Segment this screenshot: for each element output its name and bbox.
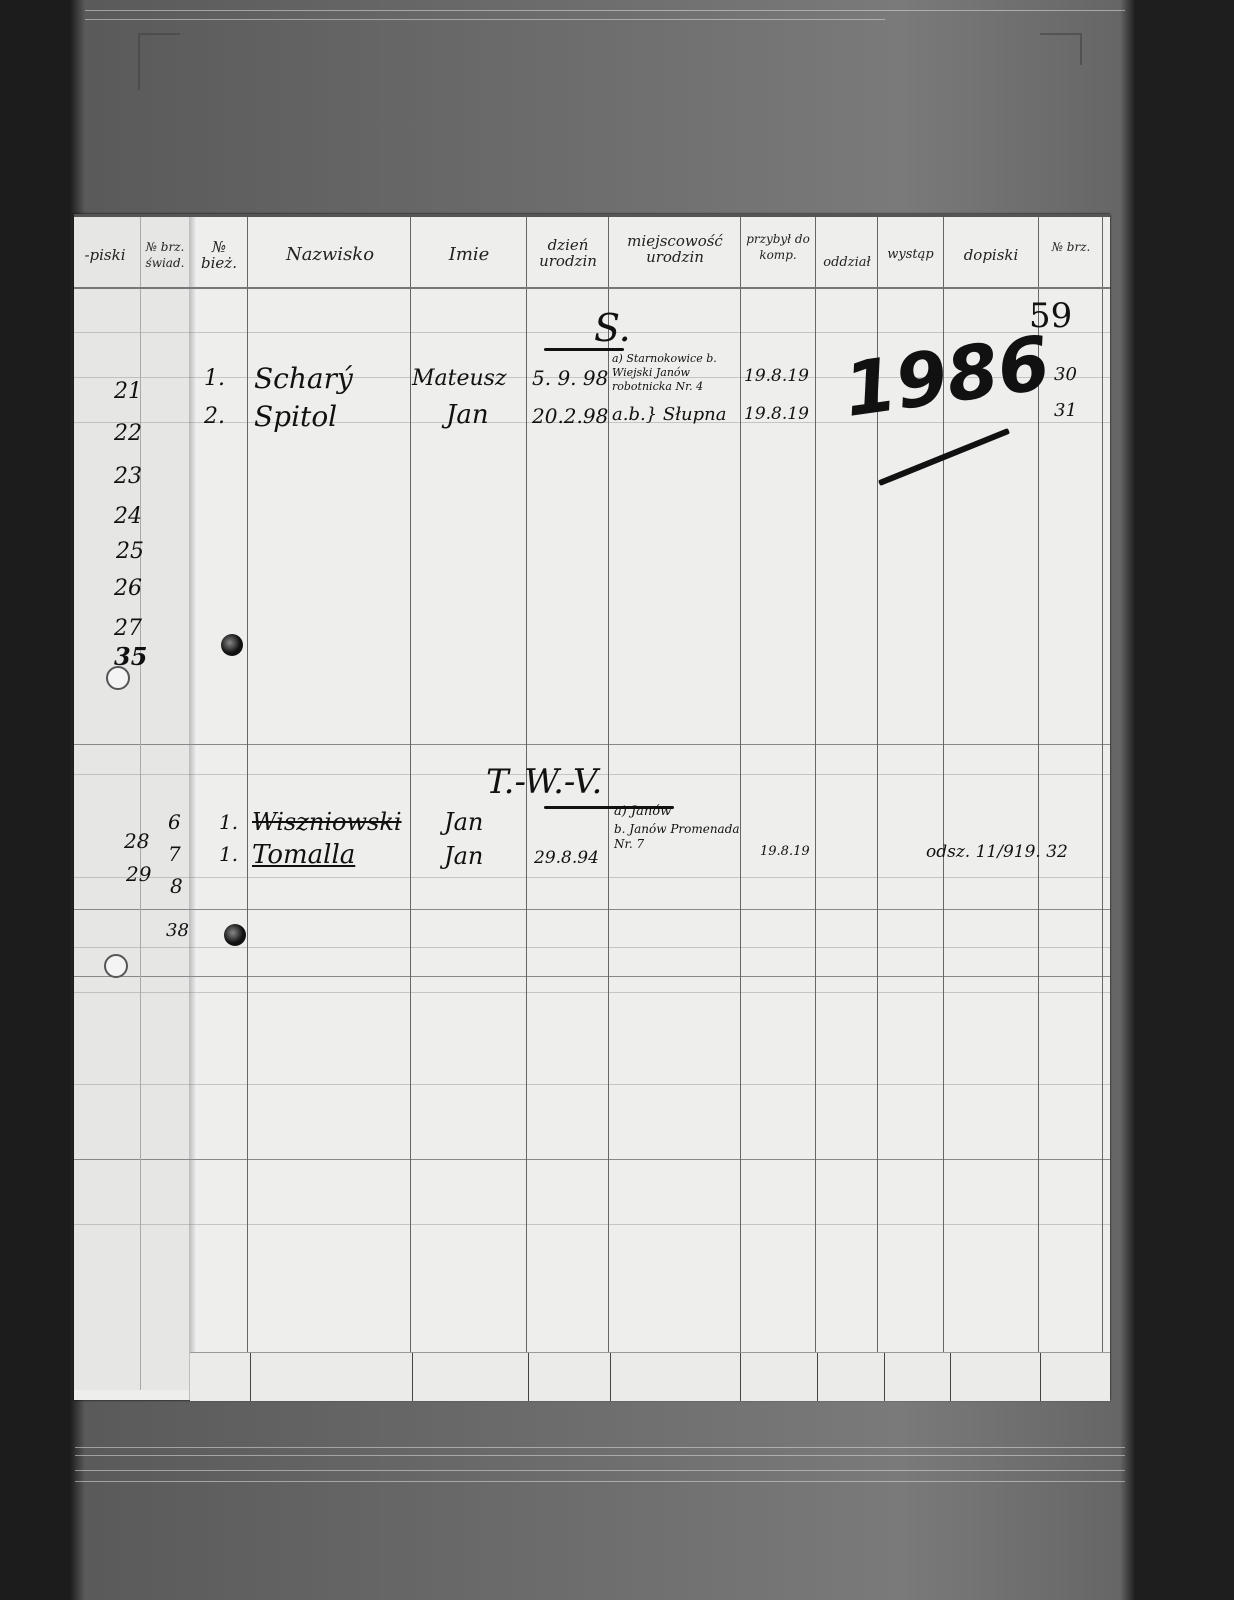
first-name: Jan [446,400,489,430]
mid-number: 38 [166,920,189,941]
birth-date: 20.2.98 [532,404,608,428]
arrival-date: 19.8.19 [744,366,809,386]
first-name: Jan [444,842,483,870]
surname: Scharý [254,362,353,395]
mid-number: 6 [168,810,181,834]
left-number: 26 [114,576,142,601]
left-number: 24 [114,504,142,529]
arrival-date: 19.8.19 [744,404,809,424]
scan-artifact-line [75,1481,1125,1482]
right-number: 30 [1054,364,1077,385]
section-letter-twv: T.-W.-V. [486,762,602,802]
binder-ring-icon [104,954,128,978]
archive-stamp-number: 1986 [839,320,1055,434]
corner-bracket [138,33,180,90]
first-name: Mateusz [412,366,507,391]
left-number: 28 [124,829,149,853]
note: odsz. 11/919. 32 [926,842,1068,862]
left-number: 21 [114,379,142,404]
header-wystep: wystąp [878,247,943,263]
scan-artifact-line [75,1470,1125,1471]
left-number: 22 [114,421,142,446]
surname: Spitol [254,400,337,433]
birthplace: b. Janów Promenada Nr. 7 [614,822,744,852]
surname: Tomalla [252,840,355,870]
birthplace: a.b.} Słupna [612,404,726,425]
book-binding [189,214,197,1400]
first-name: Jan [444,808,483,836]
left-number: 23 [114,464,142,489]
header-nazwisko: Nazwisko [250,247,410,263]
section-underline [544,348,624,351]
header-nr-biezacy: № bież. [194,239,244,271]
section-letter-s: S. [594,306,631,350]
header-oddzial: oddział [816,255,878,271]
birthplace: a) Janów [614,804,671,819]
arrival-date: 19.8.19 [760,844,810,859]
register-page: -piski № brz. świad. № bież. Nazwisko Im… [74,214,1110,1400]
corner-bracket [1040,33,1082,65]
mid-number: 7 [168,842,181,866]
binder-ring-icon [106,666,130,690]
header-dopiski-left: -piski [74,247,136,263]
birthplace: a) Starnokowice b. Wiejski Janów robotni… [612,352,740,394]
punch-hole-icon [224,924,246,946]
left-number: 29 [126,862,151,886]
scan-artifact-line [85,19,885,20]
header-dzien-urodzin: dzień urodzin [528,237,608,269]
header-przybyl-do-komp: przybył do komp. [742,231,814,263]
header-dopiski: dopiski [944,247,1038,263]
header-imie: Imie [412,247,526,263]
bottom-edge-strip [190,1352,1110,1401]
row-nr: 1. [219,810,238,834]
birth-date: 5. 9. 98 [532,366,608,390]
scan-artifact-line [75,1455,1125,1456]
row-nr: 1. [204,366,225,391]
left-number: 27 [114,616,142,641]
row-nr: 1. [219,842,238,866]
mid-number: 8 [170,874,183,898]
stamp-underline [878,428,1010,486]
scan-artifact-line [85,10,1125,11]
left-number: 25 [116,539,144,564]
punch-hole-icon [221,634,243,656]
header-miejscowosc-urodzin: miejscowość urodzin [610,233,740,265]
table-header: -piski № brz. świad. № bież. Nazwisko Im… [74,214,1110,289]
right-number: 31 [1054,400,1077,421]
header-nr-biezacy-right: № brz. [1040,239,1102,255]
header-nr-swiadectwa: № brz. świad. [140,239,190,271]
surname-struck: Wiszniowski [252,808,402,836]
row-nr: 2. [204,404,225,429]
birth-date: 29.8.94 [534,848,599,868]
scan-artifact-line [75,1447,1125,1448]
